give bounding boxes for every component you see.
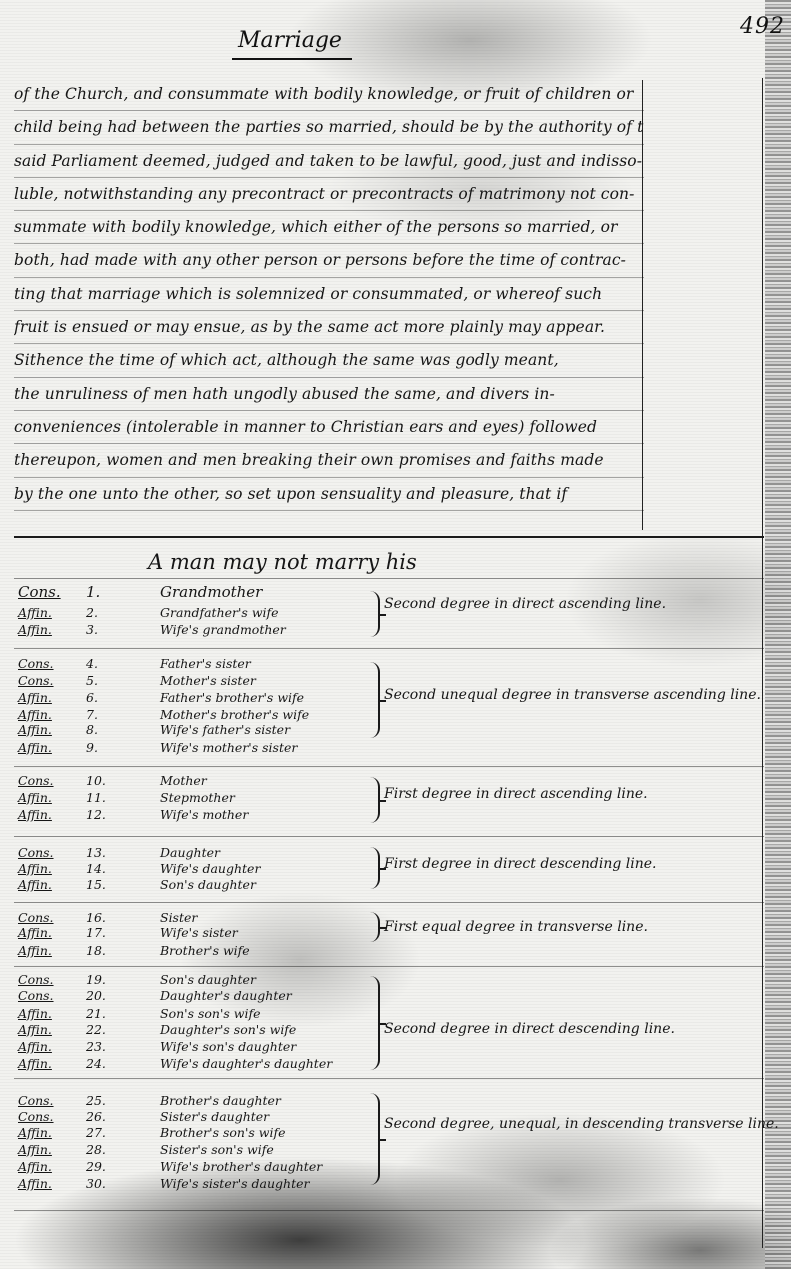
relation-name: Wife's son's daughter xyxy=(160,1039,400,1054)
row-number: 15. xyxy=(86,877,116,892)
relation-kind: Affin. xyxy=(18,790,62,805)
degree-label: First degree in direct ascending line. xyxy=(384,785,784,803)
row-number: 4. xyxy=(86,656,116,671)
kinship-group: Cons. 16. Sister Affin. 17. Wife's siste… xyxy=(18,910,778,966)
relation-name: Wife's brother's daughter xyxy=(160,1159,400,1174)
row-number: 27. xyxy=(86,1125,116,1140)
relation-name: Mother's brother's wife xyxy=(160,707,400,722)
row-number: 2. xyxy=(86,605,116,620)
section-divider xyxy=(14,536,764,538)
relation-name: Wife's sister's daughter xyxy=(160,1176,400,1191)
row-number: 23. xyxy=(86,1039,116,1054)
relation-name: Wife's father's sister xyxy=(160,722,400,737)
table-rule xyxy=(14,1078,764,1079)
degree-label: First degree in direct descending line. xyxy=(384,855,784,873)
prose-line: summate with bodily knowledge, which eit… xyxy=(14,211,644,244)
relation-kind: Cons. xyxy=(18,585,62,600)
table-rule xyxy=(14,902,764,903)
relation-kind: Affin. xyxy=(18,1056,62,1071)
relation-kind: Cons. xyxy=(18,972,62,987)
table-heading: A man may not marry his xyxy=(148,550,417,574)
relation-kind: Affin. xyxy=(18,622,62,637)
prose-line: Sithence the time of which act, although… xyxy=(14,344,644,377)
relation-kind: Affin. xyxy=(18,861,62,876)
relation-name: Brother's wife xyxy=(160,943,400,958)
table-rule xyxy=(14,578,764,579)
prose-line: the unruliness of men hath ungodly abuse… xyxy=(14,378,644,411)
row-number: 17. xyxy=(86,925,116,940)
table-rule xyxy=(14,966,764,967)
row-number: 6. xyxy=(86,690,116,705)
degree-label: First equal degree in transverse line. xyxy=(384,918,784,936)
relation-name: Brother's daughter xyxy=(160,1093,400,1108)
brace-icon xyxy=(366,912,380,942)
page-number: 492 xyxy=(740,14,785,39)
relation-name: Daughter xyxy=(160,845,400,860)
title-underline xyxy=(232,58,352,60)
manuscript-page: 492 Marriage of the Church, and consumma… xyxy=(0,0,791,1269)
row-number: 22. xyxy=(86,1022,116,1037)
row-number: 13. xyxy=(86,845,116,860)
relation-name: Mother xyxy=(160,773,400,788)
relation-kind: Affin. xyxy=(18,690,62,705)
row-number: 19. xyxy=(86,972,116,987)
relation-kind: Cons. xyxy=(18,845,62,860)
row-number: 3. xyxy=(86,622,116,637)
relation-name: Sister xyxy=(160,910,400,925)
row-number: 29. xyxy=(86,1159,116,1174)
relation-name: Mother's sister xyxy=(160,673,400,688)
row-number: 1. xyxy=(86,585,116,600)
row-number: 18. xyxy=(86,943,116,958)
relation-name: Daughter's son's wife xyxy=(160,1022,400,1037)
row-number: 11. xyxy=(86,790,116,805)
relation-kind: Affin. xyxy=(18,877,62,892)
table-rule xyxy=(14,766,764,767)
relation-name: Wife's mother xyxy=(160,807,400,822)
row-number: 9. xyxy=(86,740,116,755)
prose-line: luble, notwithstanding any precontract o… xyxy=(14,178,644,211)
relation-name: Wife's grandmother xyxy=(160,622,400,637)
prose-line: both, had made with any other person or … xyxy=(14,244,644,277)
prose-line: child being had between the parties so m… xyxy=(14,111,644,144)
table-rule xyxy=(14,1210,764,1211)
table-rule xyxy=(14,648,764,649)
brace-icon xyxy=(366,976,380,1070)
relation-kind: Affin. xyxy=(18,740,62,755)
relation-kind: Affin. xyxy=(18,925,62,940)
relation-kind: Cons. xyxy=(18,988,62,1003)
degree-label: Second degree in direct descending line. xyxy=(384,1020,784,1038)
relation-name: Wife's sister xyxy=(160,925,400,940)
relation-kind: Cons. xyxy=(18,773,62,788)
relation-kind: Cons. xyxy=(18,673,62,688)
prose-block: of the Church, and consummate with bodil… xyxy=(14,78,644,511)
row-number: 28. xyxy=(86,1142,116,1157)
relation-kind: Affin. xyxy=(18,1176,62,1191)
brace-icon xyxy=(366,1093,380,1185)
relation-name: Wife's daughter's daughter xyxy=(160,1056,400,1071)
page-title: Marriage xyxy=(238,28,342,53)
relation-kind: Affin. xyxy=(18,605,62,620)
row-number: 30. xyxy=(86,1176,116,1191)
row-number: 20. xyxy=(86,988,116,1003)
prose-line: conveniences (intolerable in manner to C… xyxy=(14,411,644,444)
relation-kind: Affin. xyxy=(18,943,62,958)
degree-label: Second degree in direct ascending line. xyxy=(384,595,784,613)
relation-name: Brother's son's wife xyxy=(160,1125,400,1140)
brace-icon xyxy=(366,662,380,738)
row-number: 12. xyxy=(86,807,116,822)
brace-icon xyxy=(366,591,380,637)
row-number: 7. xyxy=(86,707,116,722)
relation-name: Sister's daughter xyxy=(160,1109,400,1124)
relation-name: Grandmother xyxy=(160,585,400,600)
relation-name: Sister's son's wife xyxy=(160,1142,400,1157)
prose-line: of the Church, and consummate with bodil… xyxy=(14,78,644,111)
prose-line: thereupon, women and men breaking their … xyxy=(14,444,644,477)
relation-name: Stepmother xyxy=(160,790,400,805)
kinship-group: Cons. 10. Mother Affin. 11. Stepmother A… xyxy=(18,773,778,829)
relation-kind: Affin. xyxy=(18,1039,62,1054)
kinship-group: Cons. 25. Brother's daughter Cons. 26. S… xyxy=(18,1093,778,1197)
relation-name: Son's daughter xyxy=(160,877,400,892)
row-number: 14. xyxy=(86,861,116,876)
brace-icon xyxy=(366,777,380,823)
relation-kind: Cons. xyxy=(18,1109,62,1124)
row-number: 26. xyxy=(86,1109,116,1124)
relation-kind: Cons. xyxy=(18,910,62,925)
degree-label: Second degree, unequal, in descending tr… xyxy=(384,1115,784,1133)
prose-line: ting that marriage which is solemnized o… xyxy=(14,278,644,311)
row-number: 25. xyxy=(86,1093,116,1108)
degree-label: Second unequal degree in transverse asce… xyxy=(384,686,784,704)
relation-name: Wife's mother's sister xyxy=(160,740,400,755)
table-rule xyxy=(14,836,764,837)
brace-icon xyxy=(366,847,380,889)
kinship-group: Cons. 1. Grandmother Affin. 2. Grandfath… xyxy=(18,585,778,641)
kinship-group: Cons. 4. Father's sister Cons. 5. Mother… xyxy=(18,656,778,760)
prose-line: fruit is ensued or may ensue, as by the … xyxy=(14,311,644,344)
row-number: 24. xyxy=(86,1056,116,1071)
relation-kind: Cons. xyxy=(18,1093,62,1108)
relation-kind: Affin. xyxy=(18,1006,62,1021)
prose-line: said Parliament deemed, judged and taken… xyxy=(14,145,644,178)
relation-kind: Affin. xyxy=(18,1142,62,1157)
relation-kind: Affin. xyxy=(18,1159,62,1174)
relation-name: Grandfather's wife xyxy=(160,605,400,620)
row-number: 5. xyxy=(86,673,116,688)
relation-name: Son's daughter xyxy=(160,972,400,987)
relation-name: Father's sister xyxy=(160,656,400,671)
row-number: 21. xyxy=(86,1006,116,1021)
row-number: 10. xyxy=(86,773,116,788)
relation-kind: Affin. xyxy=(18,1022,62,1037)
relation-name: Wife's daughter xyxy=(160,861,400,876)
relation-kind: Affin. xyxy=(18,1125,62,1140)
kinship-group: Cons. 13. Daughter Affin. 14. Wife's dau… xyxy=(18,845,778,901)
kinship-group: Cons. 19. Son's daughter Cons. 20. Daugh… xyxy=(18,972,778,1076)
relation-kind: Affin. xyxy=(18,722,62,737)
relation-kind: Affin. xyxy=(18,707,62,722)
relation-name: Daughter's daughter xyxy=(160,988,400,1003)
relation-kind: Cons. xyxy=(18,656,62,671)
prose-line: by the one unto the other, so set upon s… xyxy=(14,478,644,511)
relation-name: Father's brother's wife xyxy=(160,690,400,705)
relation-name: Son's son's wife xyxy=(160,1006,400,1021)
relation-kind: Affin. xyxy=(18,807,62,822)
row-number: 8. xyxy=(86,722,116,737)
row-number: 16. xyxy=(86,910,116,925)
